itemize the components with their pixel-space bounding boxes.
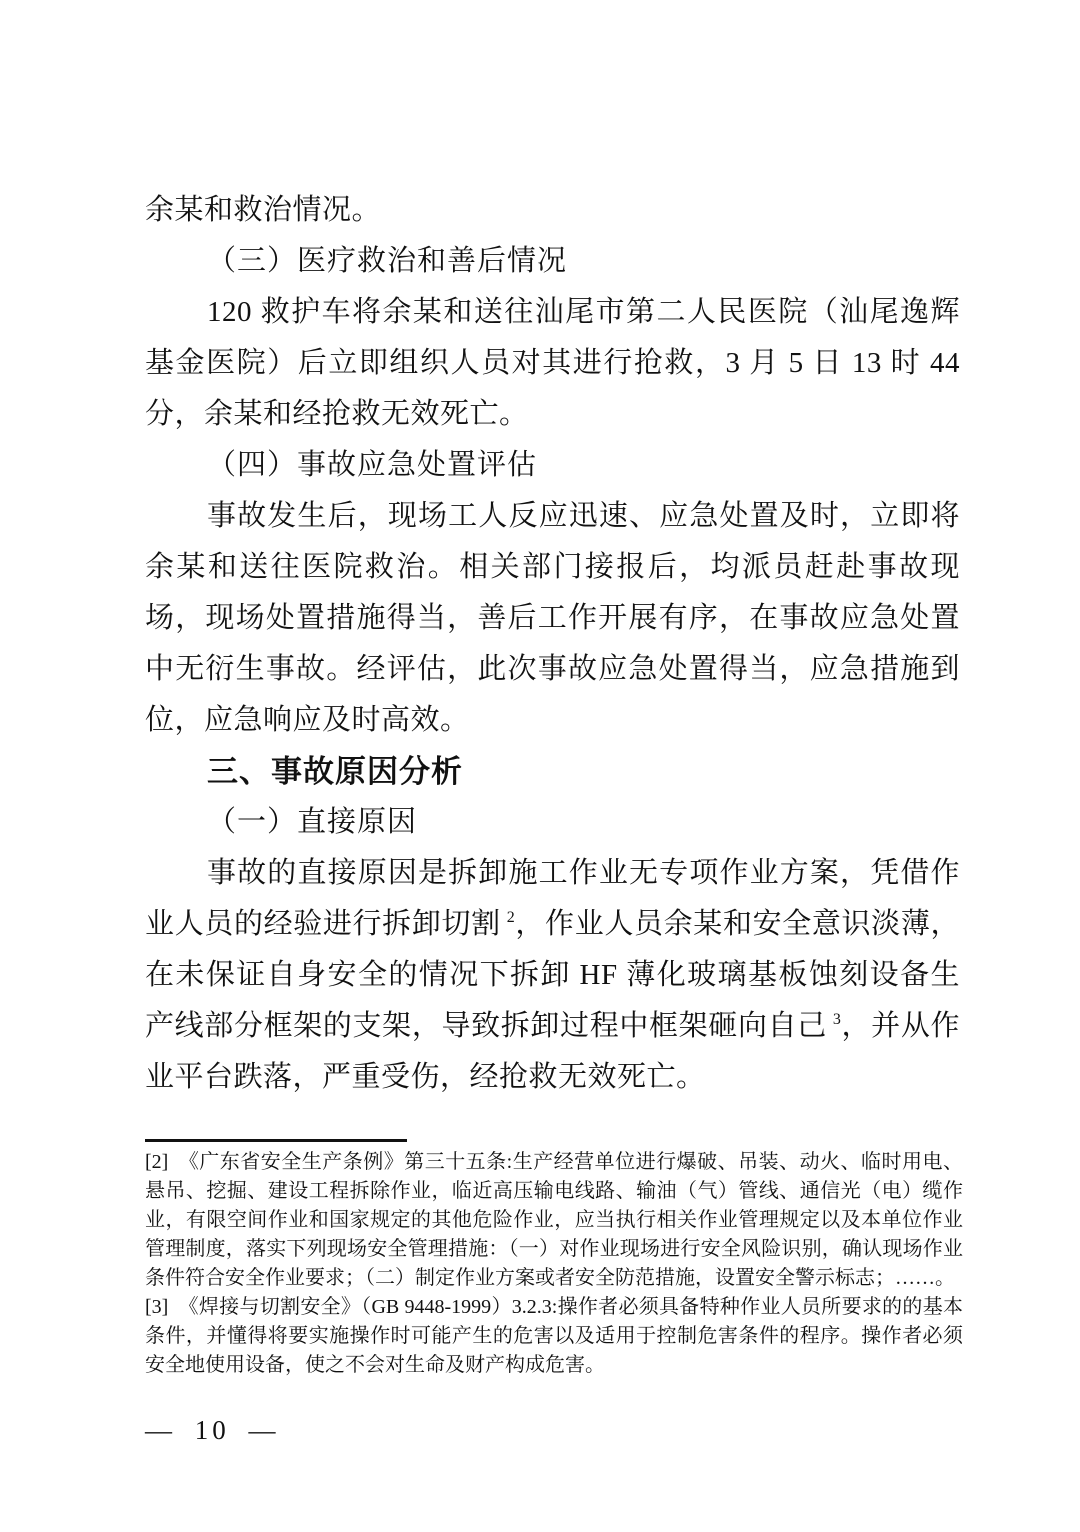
footnote-reference-2: 2 [507, 909, 516, 926]
subheading-medical-rescue: （三）医疗救治和善后情况 [145, 236, 960, 287]
footnote-marker: [2] [145, 1151, 168, 1173]
document-page: 余某和救治情况。 （三）医疗救治和善后情况 120 救护车将余某和送往汕尾市第二… [0, 0, 1080, 1532]
subheading-direct-cause: （一）直接原因 [145, 797, 960, 848]
paragraph-medical-rescue: 120 救护车将余某和送往汕尾市第二人民医院（汕尾逸辉基金医院）后立即组织人员对… [145, 287, 960, 440]
footnote-separator-rule [145, 1139, 407, 1142]
footnote-2: [2]《广东省安全生产条例》第三十五条:生产经营单位进行爆破、吊装、动火、临时用… [145, 1148, 963, 1293]
footnote-text: 《广东省安全生产条例》第三十五条:生产经营单位进行爆破、吊装、动火、临时用电、悬… [145, 1151, 963, 1289]
paragraph-emergency-response-evaluation: 事故发生后，现场工人反应迅速、应急处置及时，立即将余某和送往医院救治。相关部门接… [145, 491, 960, 746]
footnote-marker: [3] [145, 1296, 168, 1318]
paragraph-direct-cause: 事故的直接原因是拆卸施工作业无专项作业方案，凭借作业人员的经验进行拆卸切割2，作… [145, 848, 960, 1103]
continued-paragraph: 余某和救治情况。 [145, 185, 960, 236]
chapter-heading-cause-analysis: 三、事故原因分析 [145, 746, 960, 797]
page-number: — 10 — [145, 1415, 280, 1446]
footnote-3: [3]《焊接与切割安全》（GB 9448-1999）3.2.3:操作者必须具备特… [145, 1293, 963, 1380]
document-body: 余某和救治情况。 （三）医疗救治和善后情况 120 救护车将余某和送往汕尾市第二… [145, 185, 960, 1103]
footnotes-section: [2]《广东省安全生产条例》第三十五条:生产经营单位进行爆破、吊装、动火、临时用… [145, 1148, 963, 1380]
subheading-emergency-response-evaluation: （四）事故应急处置评估 [145, 440, 960, 491]
footnote-text: 《焊接与切割安全》（GB 9448-1999）3.2.3:操作者必须具备特种作业… [145, 1296, 963, 1376]
